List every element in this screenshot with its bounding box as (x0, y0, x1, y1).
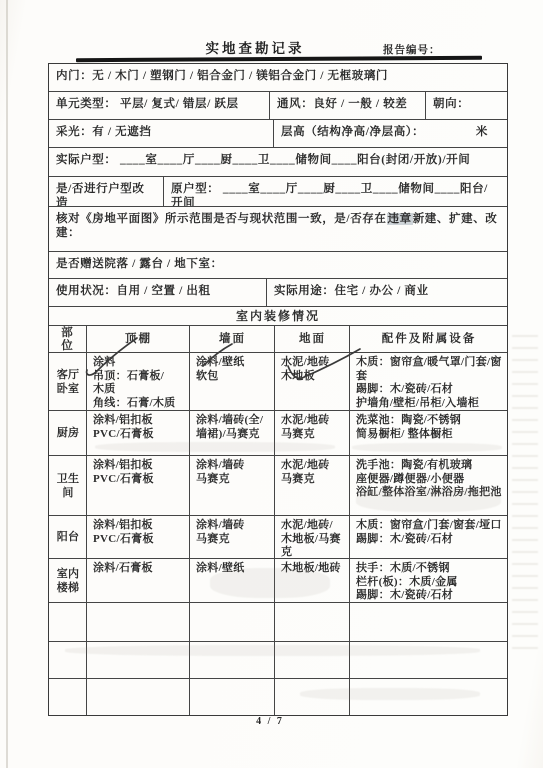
col-header-ceiling: 顶棚 (86, 326, 189, 352)
ceiling-cell (86, 603, 189, 641)
decor-header-row: 部位 顶棚 墙面 地面 配件及附属设备 (49, 325, 507, 352)
wall-cell (189, 603, 274, 641)
floor-cell: 水泥/地砖 木地板 (274, 353, 349, 410)
wall-cell (189, 642, 274, 678)
col-header-floor: 地面 (274, 326, 349, 352)
decor-row-balcony: 阳台 涂料/铝扣板 PVC/石膏板 涂料/墙砖 马赛克 水泥/地砖/木地板/马赛… (49, 515, 507, 558)
ceiling-cell (86, 642, 189, 678)
decor-section-title: 室内装修情况 (49, 307, 507, 325)
part-label: 室内 楼梯 (49, 559, 86, 602)
form-row-unit-type: 单元类型： 平层/ 复式/ 错层/ 跃层 通风：良好 / 一般 / 较差 朝向： (49, 91, 507, 119)
ventilation-field: 通风：良好 / 一般 / 较差 (269, 92, 425, 119)
decor-section-title-row: 室内装修情况 (49, 306, 507, 325)
decor-row-empty-3 (49, 678, 507, 715)
wall-cell (189, 679, 274, 715)
storey-height-field: 层高（结构净高/净层高）： 米 (273, 120, 507, 147)
survey-form-table: 内门：无 / 木门 / 塑钢门 / 铝合金门 / 镁铝合金门 / 无框玻璃门 单… (48, 63, 508, 716)
layout-change-field: 是/否进行户型改造 (49, 177, 163, 206)
storey-height-label: 层高（结构净高/净层高）： (281, 125, 424, 145)
col-header-fittings: 配件及附属设备 (349, 326, 507, 352)
ceiling-cell: 涂料 吊顶：石膏板/ 木质 角线：石膏/木质 (86, 353, 189, 410)
col-header-wall: 墙面 (189, 326, 274, 352)
floor-cell: 水泥/地砖 马赛克 (274, 411, 349, 455)
decor-row-kitchen: 厨房 涂料/铝扣板 PVC/石膏板 涂料/墙砖(全/墙裙)/马赛克 水泥/地砖 … (49, 410, 507, 455)
check-scope-prefix: 核对《房地平面图》所示范围是否与现状范围一致，是/否存在 (56, 213, 387, 225)
part-label (49, 642, 86, 678)
gift-spaces-field: 是否赠送院落 / 露台 / 地下室： (49, 252, 507, 278)
fittings-cell: 洗手池：陶瓷/有机玻璃 座便器/蹲便器/小便器 浴缸/整体浴室/淋浴房/拖把池 (349, 456, 507, 515)
fittings-cell: 木质：窗帘盒/暖气罩/门套/窗套 踢脚：木/瓷砖/石材 护墙角/壁柜/吊柜/入墙… (349, 353, 507, 410)
fittings-cell (349, 679, 507, 715)
report-number-label: 报告编号： (383, 42, 441, 57)
ceiling-cell: 涂料/石膏板 (86, 559, 189, 602)
floor-cell: 水泥/地砖 马赛克 (274, 456, 349, 515)
form-row-inner-door: 内门：无 / 木门 / 塑钢门 / 铝合金门 / 镁铝合金门 / 无框玻璃门 (49, 64, 507, 91)
decor-row-empty-2 (49, 641, 507, 678)
fittings-cell: 扶手：木质/不锈钢 栏杆(板)：木质/金属 踢脚：木/瓷砖/石材 (349, 559, 507, 602)
wall-cell: 涂料/墙砖(全/墙裙)/马赛克 (189, 411, 274, 455)
ceiling-cell: 涂料/铝扣板 PVC/石膏板 (86, 411, 189, 455)
document-page: 实地查勘记录 报告编号： 内门：无 / 木门 / 塑钢门 / 铝合金门 / 镁铝… (0, 0, 543, 768)
inner-door-field: 内门：无 / 木门 / 塑钢门 / 铝合金门 / 镁铝合金门 / 无框玻璃门 (49, 64, 507, 91)
storey-height-unit: 米 (476, 125, 500, 145)
part-label: 阳台 (49, 516, 86, 558)
decor-row-living-bedroom: 客厅 卧室 涂料 吊顶：石膏板/ 木质 角线：石膏/木质 涂料/壁纸 软包 水泥… (49, 352, 507, 410)
unit-type-field: 单元类型： 平层/ 复式/ 错层/ 跃层 (49, 92, 269, 119)
orientation-field: 朝向： (425, 92, 507, 119)
floor-cell (274, 642, 349, 678)
wall-cell: 涂料/壁纸 软包 (189, 353, 274, 410)
form-row-usage: 使用状况：自用 / 空置 / 出租 实际用途：住宅 / 办公 / 商业 (49, 278, 507, 306)
decor-row-stairs: 室内 楼梯 涂料/石膏板 涂料/壁纸 木地板/地砖 扶手：木质/不锈钢 栏杆(板… (49, 558, 507, 602)
form-row-actual-layout: 实际户型： ____室____厅____厨____卫____储物间____阳台(… (49, 147, 507, 176)
ceiling-cell (86, 679, 189, 715)
fittings-cell (349, 603, 507, 641)
decor-row-empty-1 (49, 602, 507, 641)
check-scope-field: 核对《房地平面图》所示范围是否与现状范围一致，是/否存在违章新建、扩建、改建： (49, 207, 507, 251)
daylight-field: 采光：有 / 无遮挡 (49, 120, 273, 147)
form-row-daylight: 采光：有 / 无遮挡 层高（结构净高/净层高）： 米 (49, 119, 507, 147)
ceiling-cell: 涂料/铝扣板 PVC/石膏板 (86, 516, 189, 558)
floor-cell: 水泥/地砖/木地板/马赛克 (274, 516, 349, 558)
floor-cell (274, 679, 349, 715)
page-title: 实地查勘记录 (130, 37, 380, 57)
wall-cell: 涂料/墙砖 马赛克 (189, 516, 274, 558)
fittings-cell (349, 642, 507, 678)
actual-layout-field: 实际户型： ____室____厅____厨____卫____储物间____阳台(… (49, 148, 507, 176)
floor-cell: 木地板/地砖 (274, 559, 349, 602)
ceiling-cell: 涂料/铝扣板 PVC/石膏板 (86, 456, 189, 515)
part-label (49, 603, 86, 641)
decor-row-bathroom: 卫生 间 涂料/铝扣板 PVC/石膏板 涂料/墙砖 马赛克 水泥/地砖 马赛克 … (49, 455, 507, 515)
form-row-gift-spaces: 是否赠送院落 / 露台 / 地下室： (49, 251, 507, 278)
usage-status-field: 使用状况：自用 / 空置 / 出租 (49, 279, 266, 306)
col-header-part: 部位 (49, 326, 86, 352)
part-label: 客厅 卧室 (49, 353, 86, 410)
part-label: 厨房 (49, 411, 86, 455)
scan-artifact (512, 335, 538, 655)
form-row-layout-change: 是/否进行户型改造 原户型： ____室____厅____厨____卫____储… (49, 176, 507, 206)
fittings-cell: 洗菜池：陶瓷/不锈钢 简易橱柜/ 整体橱柜 (349, 411, 507, 455)
page-number: 4 / 7 (235, 716, 305, 727)
actual-purpose-field: 实际用途：住宅 / 办公 / 商业 (266, 279, 507, 306)
fittings-cell: 木质：窗帘盒/门套/窗套/垭口 踢脚：木/瓷砖/石材 (349, 516, 507, 558)
wall-cell: 涂料/墙砖 马赛克 (189, 456, 274, 515)
wall-cell: 涂料/壁纸 (189, 559, 274, 602)
highlighted-text: 违章 (387, 213, 413, 225)
original-layout-field: 原户型： ____室____厅____厨____卫____储物间____阳台/开… (163, 177, 507, 206)
part-label: 卫生 间 (49, 456, 86, 515)
floor-cell (274, 603, 349, 641)
part-label (49, 679, 86, 715)
scan-edge-artifact (6, 0, 8, 768)
form-row-check-scope: 核对《房地平面图》所示范围是否与现状范围一致，是/否存在违章新建、扩建、改建： (49, 206, 507, 251)
